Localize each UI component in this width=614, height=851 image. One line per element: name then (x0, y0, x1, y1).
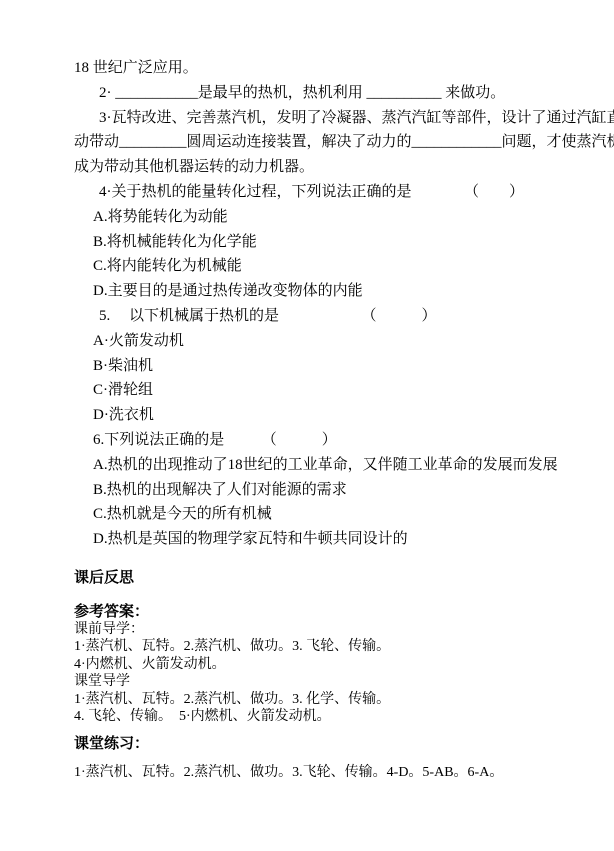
in-class-answers-line-2: 4. 飞轮、传输。 5·内燃机、火箭发动机。 (74, 708, 558, 726)
in-class-answers-line-1: 1·蒸汽机、瓦特。2.蒸汽机、做功。3. 化学、传输。 (74, 691, 558, 709)
question-3-line-3: 成为带动其他机器运转的动力机器。 (74, 155, 558, 180)
pretest-tail-line: 18 世纪广泛应用。 (74, 56, 558, 81)
reflection-heading: 课后反思 (74, 566, 558, 591)
pre-class-label: 课前导学： (74, 621, 558, 639)
question-6-option-b: B.热机的出现解决了人们对能源的需求 (74, 478, 558, 503)
document-page: 18 世纪广泛应用。 2· ___________是最早的热机，热机利用 ___… (0, 0, 614, 851)
question-4-option-d: D.主要目的是通过热传递改变物体的内能 (74, 279, 558, 304)
pre-class-answers-line-2: 4·内燃机、火箭发动机。 (74, 656, 558, 674)
question-3-line-1: 3·瓦特改进、完善蒸汽机，发明了冷凝器、蒸汽汽缸等部件，设计了通过汽缸直线运 (74, 106, 558, 131)
question-4-stem: 4·关于热机的能量转化过程，下列说法正确的是 （ ） (74, 180, 558, 205)
question-4-option-a: A.将势能转化为动能 (74, 205, 558, 230)
answer-key-heading: 参考答案： (74, 603, 558, 621)
class-practice-answers-line: 1·蒸汽机、瓦特。2.蒸汽机、做功。3.飞轮、传输。4-D。5-AB。6-A。 (74, 764, 558, 782)
question-6-stem: 6.下列说法正确的是 （ ） (74, 428, 558, 453)
question-5-option-b: B·柴油机 (74, 354, 558, 379)
question-6-option-c: C.热机就是今天的所有机械 (74, 502, 558, 527)
question-6-option-a: A.热机的出现推动了18世纪的工业革命，又伴随工业革命的发展而发展 (74, 453, 558, 478)
class-practice-heading: 课堂练习： (74, 734, 558, 754)
question-6-option-d: D.热机是英国的物理学家瓦特和牛顿共同设计的 (74, 527, 558, 552)
question-4-option-c: C.将内能转化为机械能 (74, 254, 558, 279)
worksheet-content: 18 世纪广泛应用。 2· ___________是最早的热机，热机利用 ___… (0, 0, 614, 782)
question-3-line-2: 动带动_________圆周运动连接装置，解决了动力的____________问… (74, 130, 558, 155)
question-4-option-b: B.将机械能转化为化学能 (74, 230, 558, 255)
question-5-option-c: C·滑轮组 (74, 378, 558, 403)
question-5-option-d: D·洗衣机 (74, 403, 558, 428)
question-5-stem: 5. 以下机械属于热机的是 （ ） (74, 304, 558, 329)
pre-class-answers-line-1: 1·蒸汽机、瓦特。2.蒸汽机、做功。3. 飞轮、传输。 (74, 638, 558, 656)
in-class-label: 课堂导学 (74, 673, 558, 691)
question-5-option-a: A·火箭发动机 (74, 329, 558, 354)
question-2: 2· ___________是最早的热机，热机利用 __________ 来做功… (74, 81, 558, 106)
